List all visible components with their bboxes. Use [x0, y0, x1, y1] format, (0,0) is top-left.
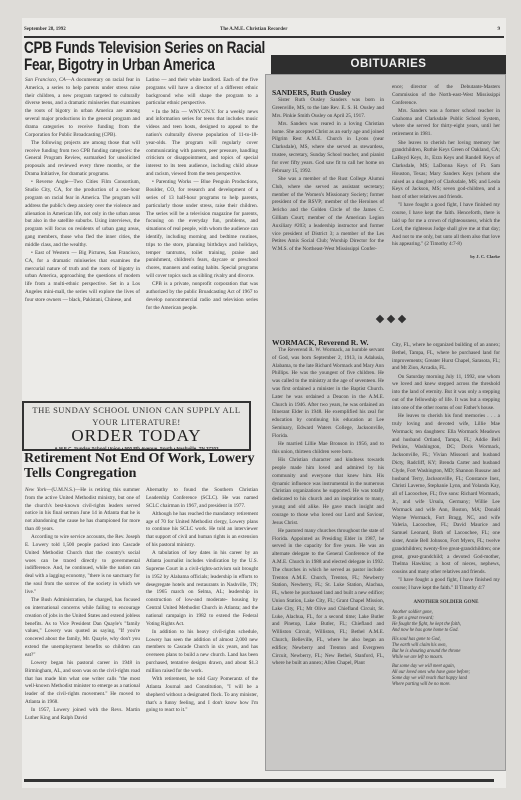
poem: Another soldier gone, To get a great rew… [392, 610, 500, 688]
ad-order-today: ORDER TODAY [24, 427, 249, 445]
lowery-paragraph: Although he has reached the mandatory re… [146, 511, 258, 550]
cpb-headline: CPB Funds Television Series on Racial Fe… [24, 40, 274, 74]
obit-paragraph: She was a member of the Rust College Alu… [272, 176, 384, 254]
lowery-paragraph: With retirement, he told Gary Pomerantz … [146, 676, 258, 715]
obit-paragraph: "I have fought a good fight, I have fini… [392, 577, 500, 593]
cpb-paragraph: San Francisco, CA—A documentary on racia… [25, 77, 140, 139]
cpb-dateline: San Francisco, CA [25, 77, 66, 83]
bottom-rule [24, 779, 494, 782]
obit-paragraph: His Christian character and kindness tow… [272, 457, 384, 527]
cpb-paragraph: • Reverse Angle—Two Cities Film Consorti… [25, 179, 140, 249]
sanders-name: SANDERS, Ruth Ousley [272, 88, 384, 97]
lowery-paragraph: The Bush Administration, he charged, has… [25, 597, 140, 659]
wormack-column-2: City, FL, where he organized building of… [392, 342, 500, 691]
obit-paragraph: Sister Ruth Ousley Sanders was born in G… [272, 97, 384, 120]
poem-stanza: Another soldier gone, To get a great rew… [392, 610, 500, 634]
sanders-byline: by J. C. Clarke [392, 253, 500, 261]
wormack-column-1: WORMACK, Reverend R. W. The Reverend R. … [272, 338, 384, 669]
cpb-paragraph: • East of Western — Big Pictures, San Fr… [25, 250, 140, 305]
lowery-paragraph: Lowery began his pastoral career in 1948… [25, 660, 140, 707]
paper-title: The A.M.E. Christian Recorder [220, 27, 288, 32]
lowery-paragraph: According to wire service accounts, the … [25, 534, 140, 596]
obit-paragraph: He pastored many churches throughout the… [272, 528, 384, 668]
sanders-column-2: ence; director of the Debutante-Masters … [392, 84, 500, 261]
cpb-paragraph: • Parenting Works — Blue Penguin Product… [146, 179, 258, 280]
obit-paragraph: Mrs. Sanders was a former school teacher… [392, 108, 500, 139]
cpb-paragraph: Latino — and their white landlord. Each … [146, 77, 258, 108]
obit-paragraph: Mrs. Sanders was reared in a loving Chri… [272, 121, 384, 176]
lowery-paragraph: A tabulation of key dates in his career … [146, 550, 258, 628]
cpb-paragraph: CPB is a private, nonprofit corporation … [146, 281, 258, 312]
obituaries-header: OBITUARIES [271, 55, 506, 74]
wormack-name: WORMACK, Reverend R. W. [272, 338, 384, 347]
lowery-paragraph: Abernathy to found the Southern Christia… [146, 487, 258, 510]
lowery-column-2: Abernathy to found the Southern Christia… [146, 487, 258, 716]
obit-paragraph: She leaves to cherish her loving memory … [392, 140, 500, 202]
cpb-paragraph: • In the Mix — WNYC/N.Y. for a weekly ne… [146, 109, 258, 179]
lowery-headline: Retirement Not End Of Work, Lowery Tells… [24, 452, 274, 481]
obit-paragraph: City, FL, where he organized building of… [392, 342, 500, 373]
cpb-column-2: Latino — and their white landlord. Each … [146, 77, 258, 313]
lowery-paragraph: In addition to his heavy civil-rights sc… [146, 629, 258, 676]
diamond-icon [376, 315, 384, 323]
diamond-icon [387, 315, 395, 323]
top-rule [24, 36, 504, 38]
obit-paragraph: On Saturday morning July 11, 1992, one w… [392, 374, 500, 413]
cpb-column-1: San Francisco, CA—A documentary on racia… [25, 77, 140, 305]
obit-paragraph: ence; director of the Debutante-Masters … [392, 84, 500, 107]
sunday-school-union-ad: THE SUNDAY SCHOOL UNION CAN SUPPLY ALL Y… [22, 401, 251, 451]
ad-line-1: THE SUNDAY SCHOOL UNION CAN SUPPLY ALL [24, 406, 249, 415]
lowery-dateline: New York [25, 487, 46, 493]
obit-paragraph: He married Lillie Mae Bronson in 1956, a… [272, 441, 384, 457]
lowery-column-1: New York—(U.M.N.S.)—He is retiring this … [25, 487, 140, 723]
section-divider [361, 314, 421, 324]
diamond-icon [398, 315, 406, 323]
poem-title: ANOTHER SOLDIER GONE [392, 599, 500, 607]
sanders-column-1: SANDERS, Ruth Ousley Sister Ruth Ousley … [272, 88, 384, 254]
page-number: 9 [498, 27, 501, 32]
poem-stanza: His soul has gone to God, The earth will… [392, 637, 500, 661]
obit-paragraph: The Reverend R. W. Wormack, an humble se… [272, 347, 384, 441]
obit-paragraph: "I have fought a good fight, I have fini… [392, 202, 500, 249]
cpb-paragraph: The following projects are among those t… [25, 140, 140, 179]
poem-stanza: But some day we will meet again, All our… [392, 664, 500, 688]
lowery-paragraph: In 1957, Lowery joined with the Revs. Ma… [25, 707, 140, 723]
obit-paragraph: He leaves to cherish his fond memories .… [392, 413, 500, 577]
lowery-paragraph: New York—(U.M.N.S.)—He is retiring this … [25, 487, 140, 534]
issue-date: September 28, 1992 [24, 27, 66, 32]
